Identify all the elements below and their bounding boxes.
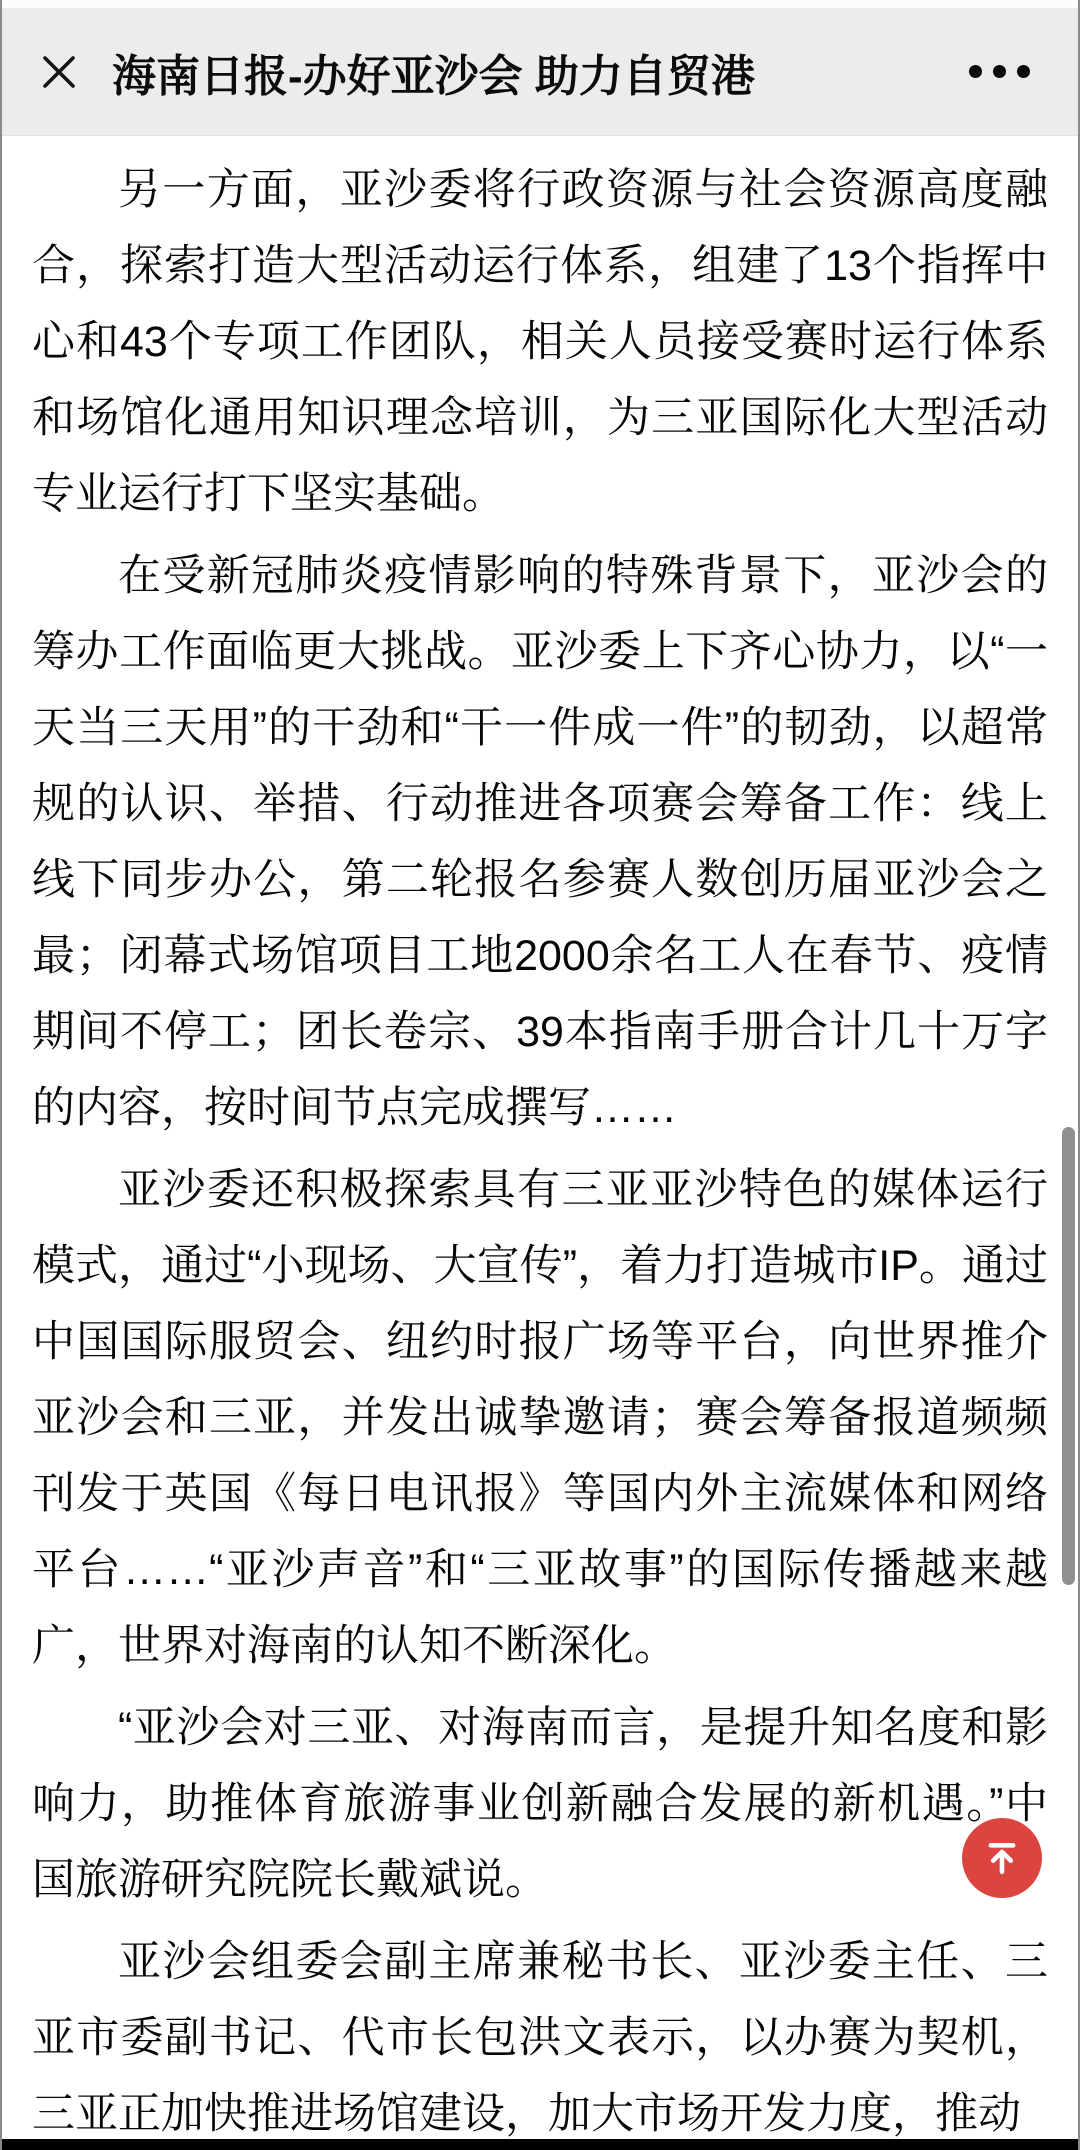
article-paragraph: 亚沙委还积极探索具有三亚亚沙特色的媒体运行模式，通过“小现场、大宣传”，着力打造…: [32, 1152, 1048, 1684]
back-to-top-button[interactable]: [962, 1818, 1042, 1898]
article-reader-screen: 海南日报-办好亚沙会 助力自贸港 另一方面，亚沙委将行政资源与社会资源高度融合，…: [0, 0, 1080, 2150]
close-icon: [40, 53, 78, 91]
more-menu-icon: [1017, 65, 1030, 78]
more-menu-icon: [993, 65, 1006, 78]
scrollbar-thumb[interactable]: [1062, 1127, 1075, 1585]
bottom-bar: [0, 2139, 1080, 2150]
article-paragraph: 另一方面，亚沙委将行政资源与社会资源高度融合，探索打造大型活动运行体系，组建了1…: [32, 152, 1048, 532]
article-header: 海南日报-办好亚沙会 助力自贸港: [0, 8, 1080, 136]
more-menu-icon: [969, 65, 982, 78]
article-paragraph: 亚沙会组委会副主席兼秘书长、亚沙委主任、三亚市委副书记、代市长包洪文表示，以办赛…: [32, 1924, 1048, 2150]
top-strip: [0, 0, 1080, 8]
page-title: 海南日报-办好亚沙会 助力自贸港: [112, 40, 969, 104]
screen-left-edge: [0, 0, 2, 2150]
close-button[interactable]: [38, 51, 80, 93]
article-content: 另一方面，亚沙委将行政资源与社会资源高度融合，探索打造大型活动运行体系，组建了1…: [0, 136, 1080, 2150]
article-paragraph: “亚沙会对三亚、对海南而言，是提升知名度和影响力，助推体育旅游事业创新融合发展的…: [32, 1690, 1048, 1918]
more-menu-button[interactable]: [969, 55, 1030, 88]
back-to-top-icon: [979, 1835, 1025, 1881]
article-paragraph: 在受新冠肺炎疫情影响的特殊背景下，亚沙会的筹办工作面临更大挑战。亚沙委上下齐心协…: [32, 538, 1048, 1146]
